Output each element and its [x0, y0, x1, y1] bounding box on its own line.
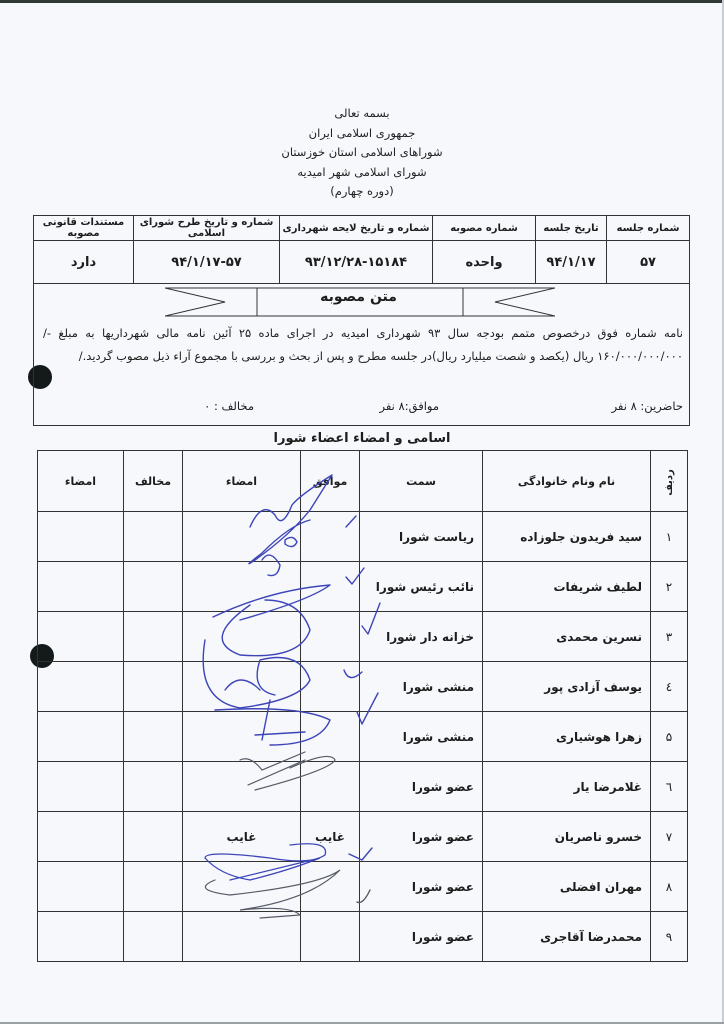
members-header-row: ردیف نام ونام خانوادگی سمت موافق امضاء م…	[38, 451, 688, 512]
header-legal-documents: مستندات قانونی مصوبه	[34, 216, 134, 241]
member-name: خسرو ناصریان	[483, 812, 651, 862]
member-number: ۱	[651, 512, 688, 562]
vote-against-cell	[124, 812, 183, 862]
letterhead: بسمه تعالی جمهوری اسلامی ایران شوراهای ا…	[0, 104, 724, 202]
signature-cell	[183, 662, 301, 712]
header-session-number: شماره جلسه	[607, 216, 690, 241]
vote-in-favor-cell	[301, 712, 360, 762]
session-date-value: ۹۴/۱/۱۷	[536, 241, 607, 284]
header-against: مخالف	[124, 451, 183, 512]
member-position: عضو شورا	[360, 762, 483, 812]
header-position: سمت	[360, 451, 483, 512]
member-row: ۲ لطیف شریفات نائب رئیس شورا	[38, 562, 688, 612]
member-number: ۹	[651, 912, 688, 962]
vote-in-favor-cell	[301, 912, 360, 962]
vote-against-cell	[124, 662, 183, 712]
vote-in-favor-cell	[301, 862, 360, 912]
members-table: ردیف نام ونام خانوادگی سمت موافق امضاء م…	[37, 450, 688, 962]
member-row: ٦ غلامرضا یار عضو شورا	[38, 762, 688, 812]
member-row: ۱ سید فریدون جلوزاده ریاست شورا	[38, 512, 688, 562]
signature-cell	[183, 762, 301, 812]
header-council-plan: شماره و تاریخ طرح شورای اسلامی	[134, 216, 280, 241]
against-count: مخالف : ۰	[204, 399, 254, 413]
signature-against-cell	[38, 512, 124, 562]
member-position: عضو شورا	[360, 912, 483, 962]
signature-against-cell	[38, 912, 124, 962]
header-row-number: ردیف	[651, 451, 688, 512]
municipality-bill-value: ۹۳/۱۲/۲۸-۱۵۱۸۴	[280, 241, 433, 284]
vote-against-cell	[124, 712, 183, 762]
country-name: جمهوری اسلامی ایران	[0, 124, 724, 144]
member-row: ۹ محمدرضا آقاجری عضو شورا	[38, 912, 688, 962]
signature-cell	[183, 712, 301, 762]
vote-against-cell	[124, 562, 183, 612]
council-term: (دوره چهارم)	[0, 182, 724, 202]
resolution-section: متن مصوبه نامه شماره فوق درخصوص متمم بود…	[33, 279, 690, 426]
session-number-value: ۵۷	[607, 241, 690, 284]
header-full-name: نام ونام خانوادگی	[483, 451, 651, 512]
resolution-body: نامه شماره فوق درخصوص متمم بودجه سال ۹۳ …	[43, 322, 683, 368]
signature-cell	[183, 612, 301, 662]
member-number: ٤	[651, 662, 688, 712]
scan-edge-top	[0, 0, 724, 3]
member-row: ٤ یوسف آزادی پور منشی شورا	[38, 662, 688, 712]
vote-against-cell	[124, 612, 183, 662]
signature-against-cell	[38, 762, 124, 812]
vote-against-cell	[124, 912, 183, 962]
member-number: ۸	[651, 862, 688, 912]
vote-against-cell	[124, 512, 183, 562]
row-number-label: ردیف	[664, 469, 675, 496]
member-name: نسرین محمدی	[483, 612, 651, 662]
vote-in-favor-cell	[301, 512, 360, 562]
member-name: مهران افضلی	[483, 862, 651, 912]
member-position: ریاست شورا	[360, 512, 483, 562]
member-number: ۳	[651, 612, 688, 662]
member-position: عضو شورا	[360, 862, 483, 912]
member-row: ۸ مهران افضلی عضو شورا	[38, 862, 688, 912]
member-position: عضو شورا	[360, 812, 483, 862]
member-name: سید فریدون جلوزاده	[483, 512, 651, 562]
signature-against-cell	[38, 862, 124, 912]
absent-status: غایب	[301, 812, 360, 862]
absent-signature-status: غایب	[183, 812, 301, 862]
signature-against-cell	[38, 712, 124, 762]
session-info-value-row: ۵۷ ۹۴/۱/۱۷ واحده ۹۳/۱۲/۲۸-۱۵۱۸۴ ۹۴/۱/۱۷-…	[34, 241, 690, 284]
vote-in-favor-cell	[301, 562, 360, 612]
member-name: لطیف شریفات	[483, 562, 651, 612]
header-session-date: تاریخ جلسه	[536, 216, 607, 241]
member-name: یوسف آزادی پور	[483, 662, 651, 712]
header-municipality-bill: شماره و تاریخ لایحه شهرداری	[280, 216, 433, 241]
member-row: ۵ زهرا هوشیاری منشی شورا	[38, 712, 688, 762]
member-number: ۲	[651, 562, 688, 612]
member-row: ۷ خسرو ناصریان عضو شورا غایب غایب	[38, 812, 688, 862]
member-position: نائب رئیس شورا	[360, 562, 483, 612]
resolution-title: متن مصوبه	[257, 289, 460, 305]
legal-documents-value: دارد	[34, 241, 134, 284]
province-councils: شوراهای اسلامی استان خوزستان	[0, 143, 724, 163]
member-number: ٦	[651, 762, 688, 812]
vote-against-cell	[124, 862, 183, 912]
member-number: ۵	[651, 712, 688, 762]
signature-cell	[183, 912, 301, 962]
header-in-favor: موافق	[301, 451, 360, 512]
vote-in-favor-cell	[301, 662, 360, 712]
member-number: ۷	[651, 812, 688, 862]
vote-in-favor-cell	[301, 612, 360, 662]
signature-against-cell	[38, 812, 124, 862]
signature-against-cell	[38, 562, 124, 612]
present-count: حاضرین: ۸ نفر	[612, 399, 683, 413]
header-signature-against: امضاء	[38, 451, 124, 512]
signature-cell	[183, 562, 301, 612]
signature-cell	[183, 512, 301, 562]
vote-in-favor-cell	[301, 762, 360, 812]
signature-against-cell	[38, 612, 124, 662]
session-info-table: شماره جلسه تاریخ جلسه شماره مصوبه شماره …	[33, 215, 690, 284]
header-signature-favor: امضاء	[183, 451, 301, 512]
member-position: خزانه دار شورا	[360, 612, 483, 662]
vote-against-cell	[124, 762, 183, 812]
member-row: ۳ نسرین محمدی خزانه دار شورا	[38, 612, 688, 662]
members-section-title: اسامی و امضاء اعضاء شورا	[0, 431, 724, 446]
header-resolution-number: شماره مصوبه	[433, 216, 536, 241]
resolution-number-value: واحده	[433, 241, 536, 284]
member-name: زهرا هوشیاری	[483, 712, 651, 762]
council-plan-value: ۹۴/۱/۱۷-۵۷	[134, 241, 280, 284]
member-position: منشی شورا	[360, 712, 483, 762]
signature-cell	[183, 862, 301, 912]
in-favor-count: موافق:۸ نفر	[380, 399, 439, 413]
session-info-header-row: شماره جلسه تاریخ جلسه شماره مصوبه شماره …	[34, 216, 690, 241]
invocation: بسمه تعالی	[0, 104, 724, 124]
city-council: شورای اسلامی شهر امیدیه	[0, 163, 724, 183]
member-name: غلامرضا یار	[483, 762, 651, 812]
member-position: منشی شورا	[360, 662, 483, 712]
signature-against-cell	[38, 662, 124, 712]
member-name: محمدرضا آقاجری	[483, 912, 651, 962]
